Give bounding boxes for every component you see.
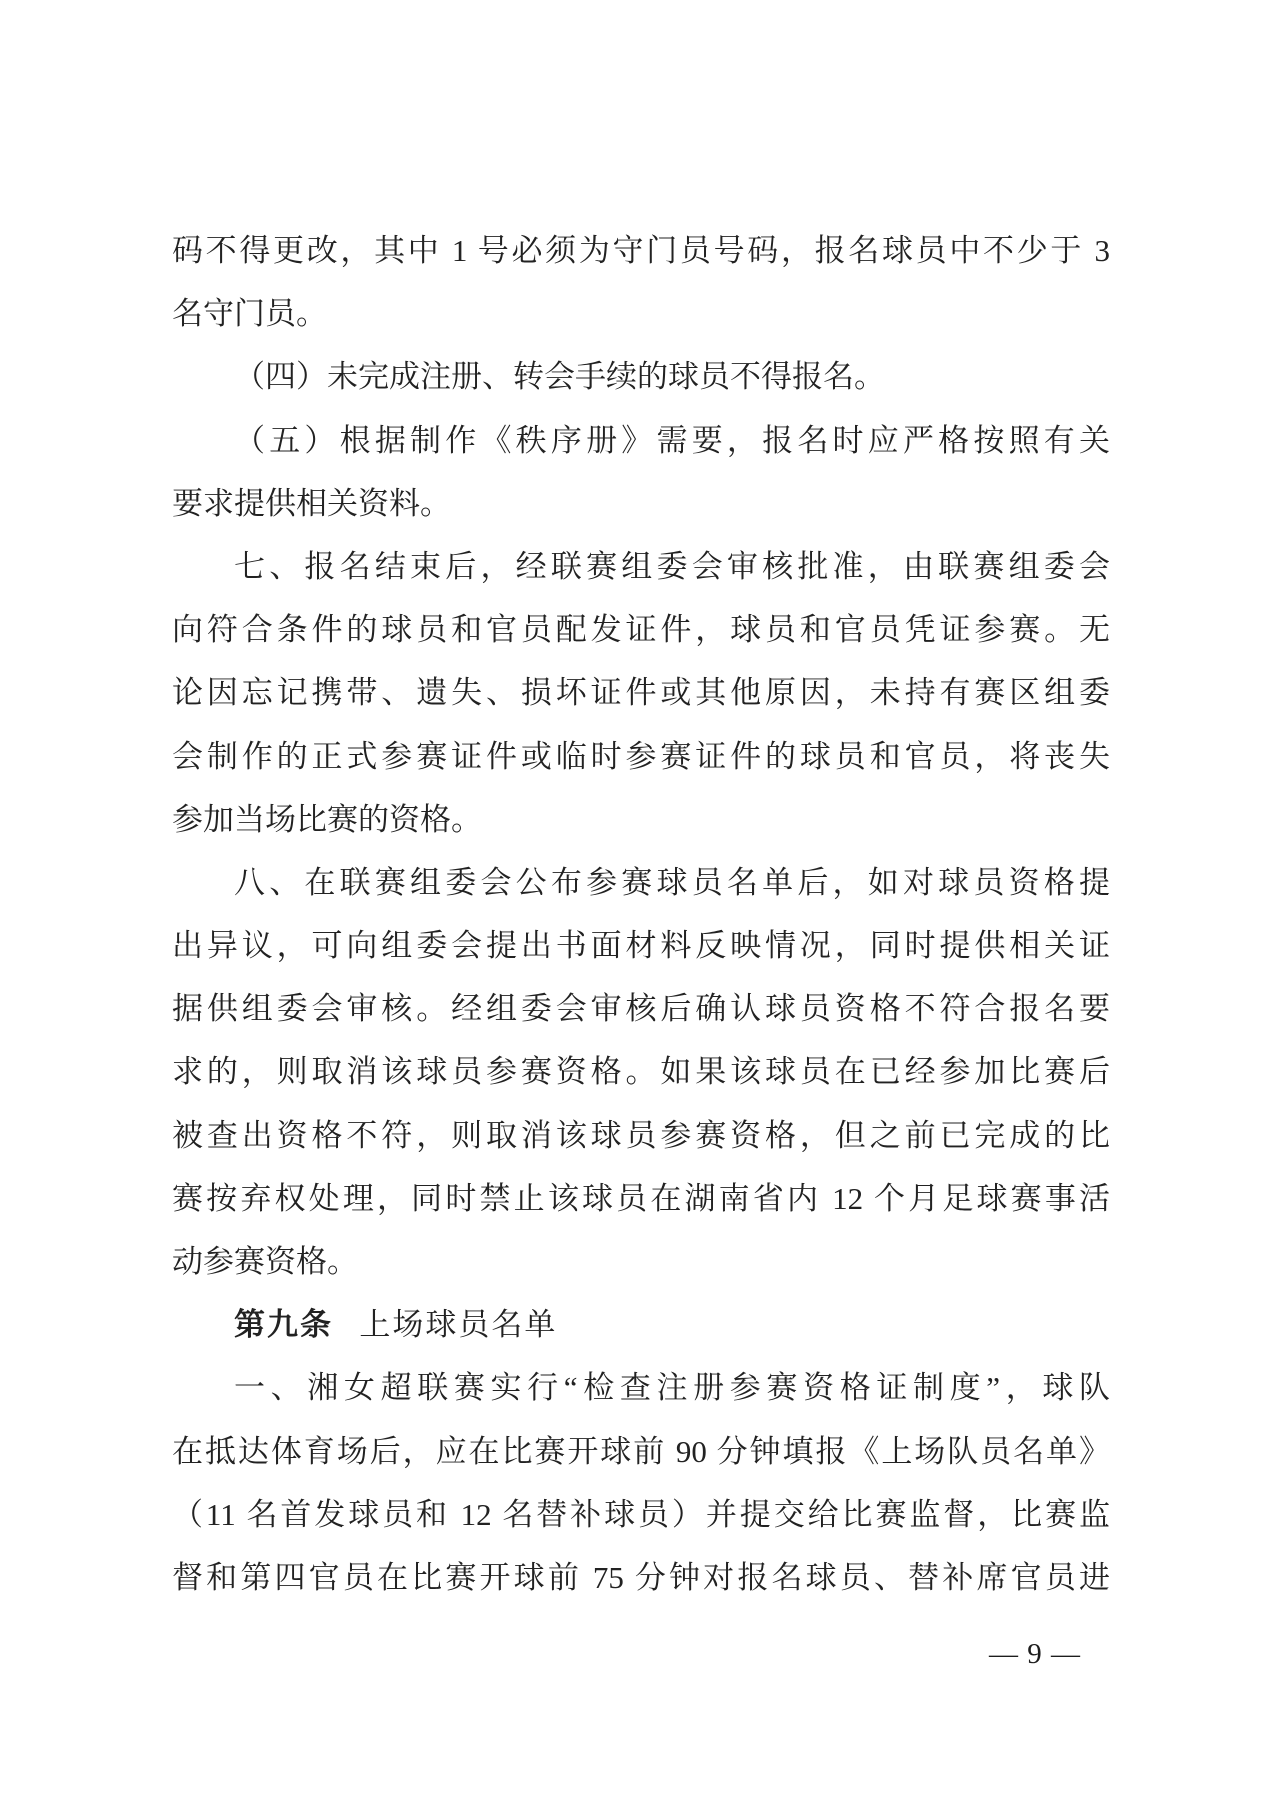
text-line: 参加当场比赛的资格。 — [172, 788, 1110, 851]
text-line: 名守门员。 — [172, 282, 1110, 345]
section-heading-title: 上场球员名单 — [359, 1307, 557, 1342]
page-number: — 9 — — [960, 1634, 1110, 1674]
text-line: 被查出资格不符，则取消该球员参赛资格，但之前已完成的比 — [172, 1104, 1110, 1167]
text-line: （四）未完成注册、转会手续的球员不得报名。 — [172, 345, 1110, 408]
document-body: 码不得更改，其中 1 号必须为守门员号码，报名球员中不少于 3名守门员。（四）未… — [172, 219, 1110, 1609]
text-line: 求的，则取消该球员参赛资格。如果该球员在已经参加比赛后 — [172, 1040, 1110, 1103]
text-line: 赛按弃权处理，同时禁止该球员在湖南省内 12 个月足球赛事活 — [172, 1167, 1110, 1230]
text-line: 一、湘女超联赛实行“检查注册参赛资格证制度”，球队 — [172, 1356, 1110, 1419]
section-heading-number: 第九条 — [234, 1307, 333, 1342]
text-line: 要求提供相关资料。 — [172, 472, 1110, 535]
text-line: 八、在联赛组委会公布参赛球员名单后，如对球员资格提 — [172, 851, 1110, 914]
text-line: （11 名首发球员和 12 名替补球员）并提交给比赛监督，比赛监 — [172, 1483, 1110, 1546]
text-line: 论因忘记携带、遗失、损坏证件或其他原因，未持有赛区组委 — [172, 661, 1110, 724]
text-line: 会制作的正式参赛证件或临时参赛证件的球员和官员，将丧失 — [172, 725, 1110, 788]
text-line: 向符合条件的球员和官员配发证件，球员和官员凭证参赛。无 — [172, 598, 1110, 661]
text-line: 出异议，可向组委会提出书面材料反映情况，同时提供相关证 — [172, 914, 1110, 977]
text-line: （五）根据制作《秩序册》需要，报名时应严格按照有关 — [172, 409, 1110, 472]
text-line: 督和第四官员在比赛开球前 75 分钟对报名球员、替补席官员进 — [172, 1546, 1110, 1609]
document-page: 码不得更改，其中 1 号必须为守门员号码，报名球员中不少于 3名守门员。（四）未… — [0, 0, 1280, 1810]
text-line: 七、报名结束后，经联赛组委会审核批准，由联赛组委会 — [172, 535, 1110, 598]
text-line: 据供组委会审核。经组委会审核后确认球员资格不符合报名要 — [172, 977, 1110, 1040]
text-line: 在抵达体育场后，应在比赛开球前 90 分钟填报《上场队员名单》 — [172, 1420, 1110, 1483]
text-line: 动参赛资格。 — [172, 1230, 1110, 1293]
text-line: 码不得更改，其中 1 号必须为守门员号码，报名球员中不少于 3 — [172, 219, 1110, 282]
section-heading: 第九条上场球员名单 — [172, 1293, 1110, 1356]
